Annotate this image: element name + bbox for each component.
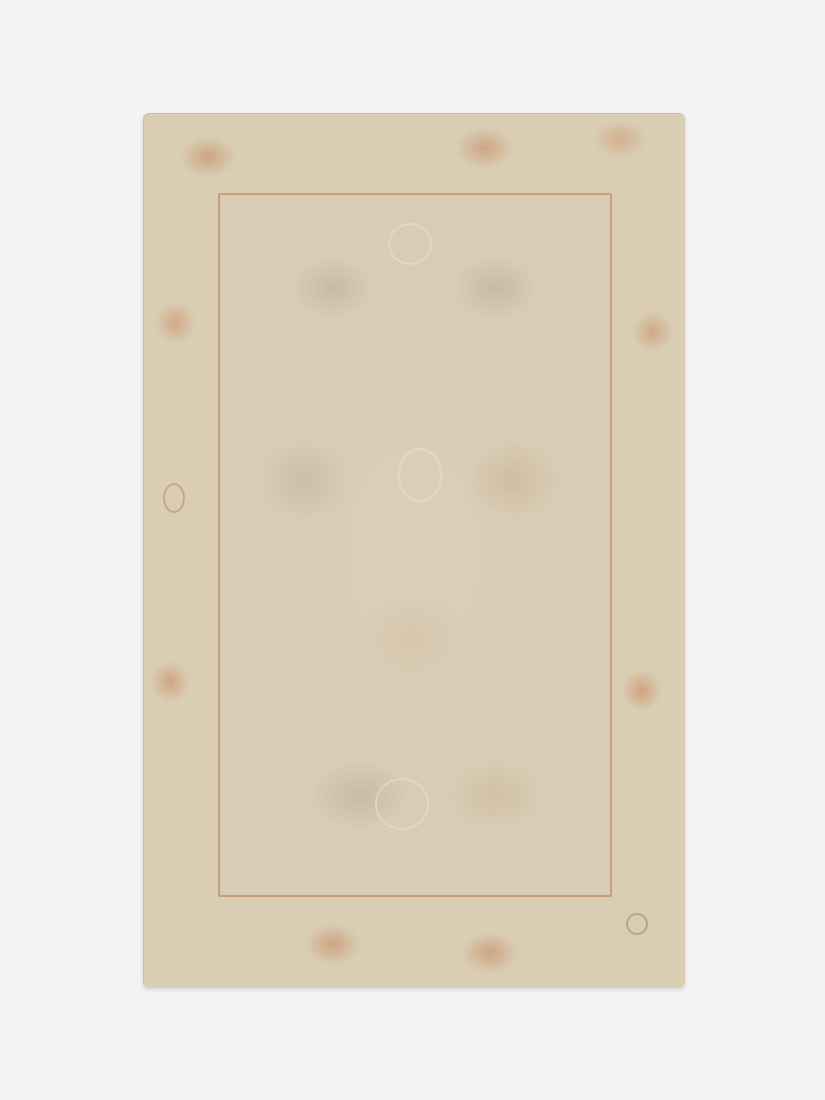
rug-motif (398, 448, 442, 502)
rug-motif (375, 778, 429, 830)
product-photo-stage (0, 0, 825, 1100)
rug-motif (388, 223, 432, 265)
rug-motif (626, 913, 648, 935)
rug-motif (163, 483, 185, 513)
rug (143, 113, 685, 988)
